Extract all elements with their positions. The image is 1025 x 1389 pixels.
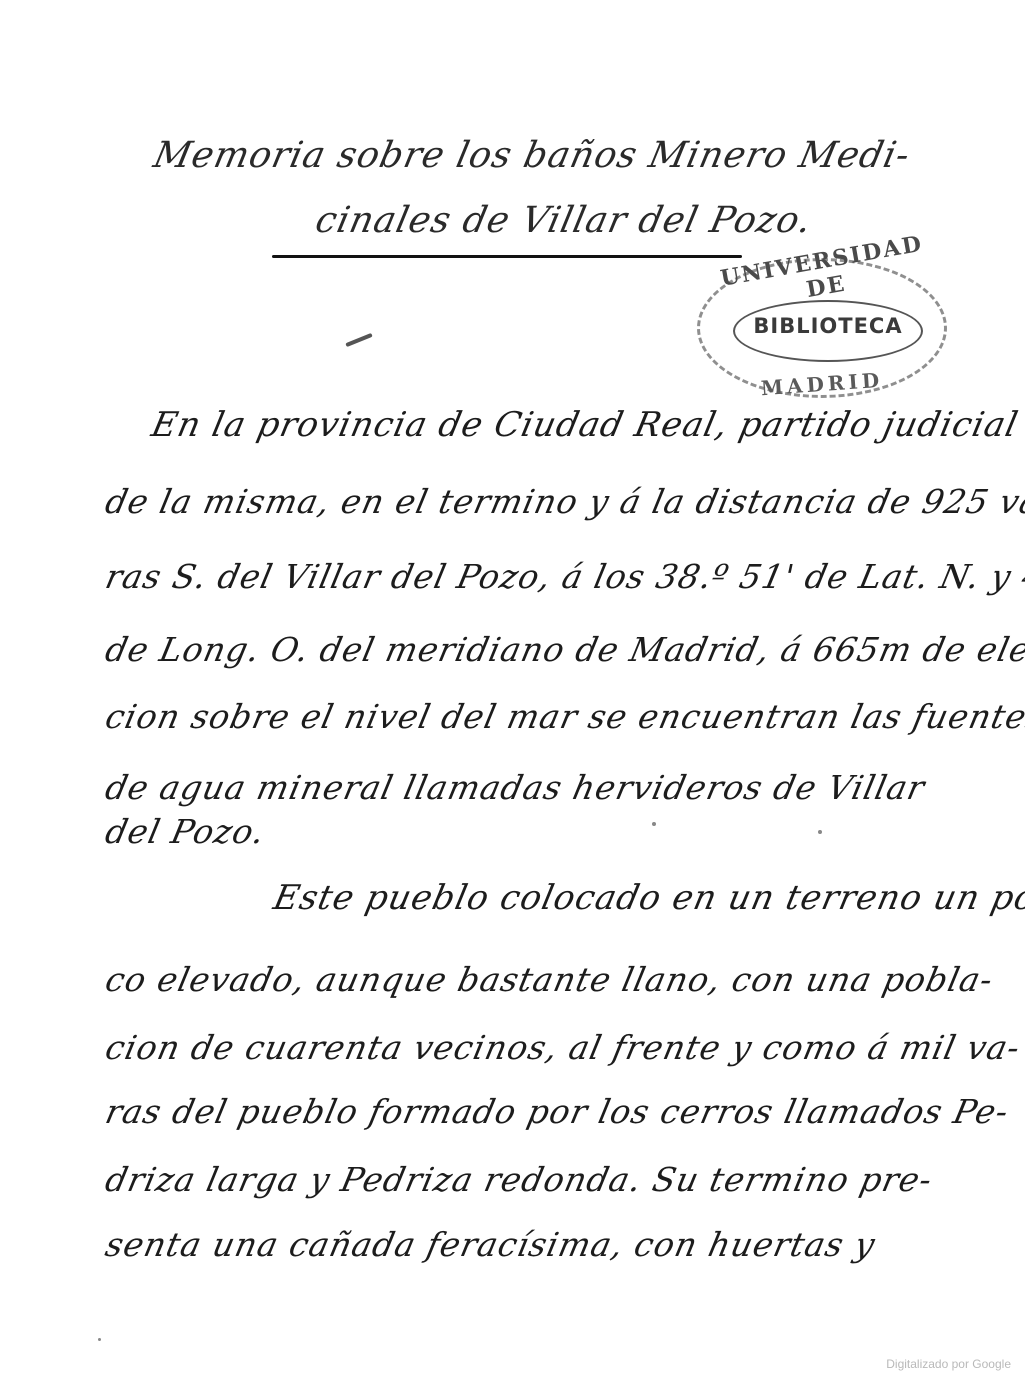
ink-speck [652,822,656,826]
paragraph-1-line-6: de agua mineral llamadas hervideros de V… [102,768,929,807]
ink-speck [98,1338,101,1341]
paragraph-2-line-1: Este pueblo colocado en un terreno un po… [270,878,1025,918]
paragraph-2-line-6: senta una cañada feracísima, con huertas… [102,1225,879,1264]
paragraph-2-line-2: co elevado, aunque bastante llano, con u… [102,960,997,999]
paragraph-1-line-4: de Long. O. del meridiano de Madrid, á 6… [102,630,1025,669]
paragraph-1-line-2: de la misma, en el termino y á la distan… [102,482,1025,521]
paragraph-1-line-1: En la provincia de Ciudad Real, partido … [148,405,1022,445]
paragraph-1-line-7: del Pozo. [102,812,269,851]
paragraph-2-line-3: cion de cuarenta vecinos, al frente y co… [102,1028,1024,1067]
ink-speck [818,830,822,834]
paragraph-2-line-4: ras del pueblo formado por los cerros ll… [102,1092,1013,1131]
pen-mark [345,333,372,347]
google-digitization-watermark: Digitalizado por Google [886,1357,1011,1371]
library-stamp: UNIVERSIDAD DE BIBLIOTECA MADRID [697,248,955,410]
paragraph-1-line-3: ras S. del Villar del Pozo, á los 38.º 5… [102,557,1025,596]
paragraph-2-line-5: driza larga y Pedriza redonda. Su termin… [102,1160,936,1199]
title-underline [272,255,742,258]
title-line-1: Memoria sobre los baños Minero Medi- [150,135,914,176]
title-line-2: cinales de Villar del Pozo. [312,200,816,241]
stamp-center-text: BIBLIOTECA [733,314,923,338]
paragraph-1-line-5: cion sobre el nivel del mar se encuentra… [102,697,1025,736]
manuscript-page: Memoria sobre los baños Minero Medi- cin… [0,0,1025,1389]
